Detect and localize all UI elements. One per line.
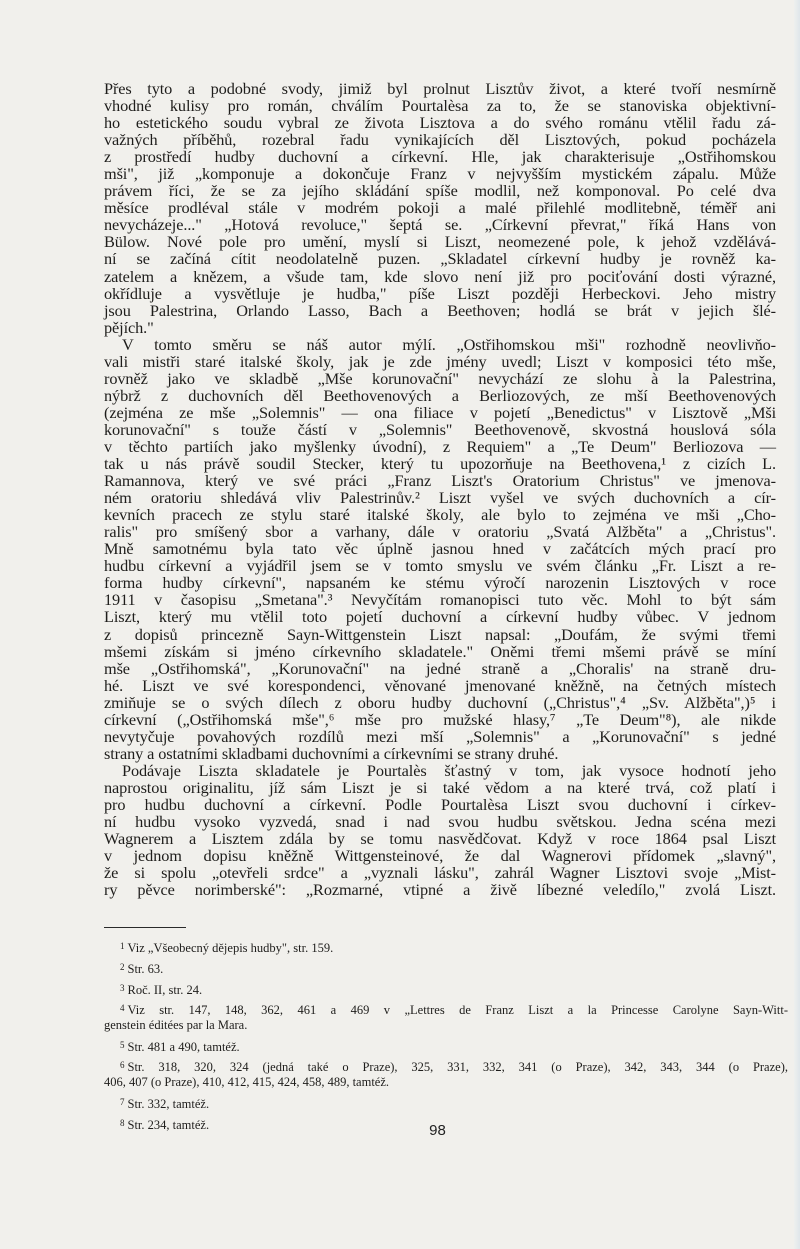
- text-line: v těchto partiích jako myšlenky úvodní),…: [104, 438, 776, 455]
- footnote-1: 1Viz „Všeobecný dějepis hudby", str. 159…: [104, 937, 788, 958]
- paragraph-start-line: Podávaje Liszta skladatele je Pourtalès …: [104, 762, 776, 779]
- footnote-6: 6Str. 318, 320, 324 (jedná také o Praze)…: [104, 1057, 788, 1074]
- footnote-text: Roč. II, str. 24.: [128, 983, 203, 997]
- text-line: Liszt, který mu vtělil toto pojetí ducho…: [104, 608, 776, 625]
- text-line: ry pěvce norimberské": „Rozmarné, vtipné…: [104, 881, 776, 898]
- text-line: ní se začíná cítit neodolatelně puzen. „…: [104, 250, 776, 267]
- page-number: 98: [0, 1122, 800, 1139]
- text-line: forma hudby církevní", napsaném ke stému…: [104, 574, 776, 591]
- text-line: važných příběhů, rozebral řadu vynikajíc…: [104, 131, 776, 148]
- text-line: vali mistři staré italské školy, jak je …: [104, 353, 776, 370]
- footnote-number: 6: [120, 1060, 125, 1070]
- text-line: že si spolu „otevřeli srdce" a „vyznali …: [104, 864, 776, 881]
- footnote-number: 3: [120, 983, 125, 993]
- text-line: jsou Palestrina, Orlando Lasso, Bach a B…: [104, 302, 776, 319]
- footnote-text: Viz str. 147, 148, 362, 461 a 469 v „Let…: [128, 1003, 789, 1017]
- text-line: ném oratoriu shledává vliv Palestrinův.²…: [104, 489, 776, 506]
- footnote-text: Viz „Všeobecný dějepis hudby", str. 159.: [128, 941, 334, 955]
- text-line: v jednom dopisu kněžně Wittgensteinové, …: [104, 847, 776, 864]
- text-line: rovněž jako ve skladbě „Mše korunovační"…: [104, 370, 776, 387]
- text-line: Mně samotnému byla tato věc úplně jasnou…: [104, 540, 776, 557]
- paragraph-end-line: pějích.": [104, 319, 776, 336]
- text-line: zatelem a knězem, a všude tam, kde slovo…: [104, 268, 776, 285]
- footnote-number: 7: [120, 1097, 125, 1107]
- text-line: 1911 v časopisu „Smetana".³ Nevyčítám ro…: [104, 591, 776, 608]
- footnote-3: 3Roč. II, str. 24.: [104, 979, 788, 1000]
- text-line: Wagnerem a Lisztem zdála by se tomu nasv…: [104, 830, 776, 847]
- footnote-text: Str. 332, tamtéž.: [128, 1097, 210, 1111]
- footnote-number: 4: [120, 1003, 125, 1013]
- text-line: hé. Liszt ve své korespondenci, věnované…: [104, 677, 776, 694]
- text-line: korunovační" s touže částí v „Solemnis" …: [104, 421, 776, 438]
- text-line: z dopisů princezně Sayn-Wittgenstein Lis…: [104, 626, 776, 643]
- text-line: vhodné kulisy pro román, chválím Pourtal…: [104, 97, 776, 114]
- footnote-separator: [104, 927, 186, 928]
- footnotes: 1Viz „Všeobecný dějepis hudby", str. 159…: [104, 937, 788, 1135]
- footnote-5: 5Str. 481 a 490, tamtéž.: [104, 1036, 788, 1057]
- text-line: nevytyčuje povahových rozdílů mezi mší „…: [104, 728, 776, 745]
- text-line: Přes tyto a podobné svody, jimiž byl pro…: [104, 80, 776, 97]
- footnote-2: 2Str. 63.: [104, 958, 788, 979]
- footnote-text: Str. 63.: [128, 962, 164, 976]
- text-line: církevní („Ostřihomská mše",⁶ mše pro mu…: [104, 711, 776, 728]
- paragraph-end-line: strany a ostatními skladbami duchovními …: [104, 745, 776, 762]
- text-line: naprostou originalitu, jíž sám Liszt je …: [104, 779, 776, 796]
- text-line: tak u nás právě soudil Stecker, který tu…: [104, 455, 776, 472]
- text-line: hudbu církevní a vyjádřil jsem se v tomt…: [104, 557, 776, 574]
- footnote-4: 4Viz str. 147, 148, 362, 461 a 469 v „Le…: [104, 1000, 788, 1017]
- footnote-number: 5: [120, 1040, 125, 1050]
- text-line: nýbrž z duchovních děl Beethovenových a …: [104, 387, 776, 404]
- text-line: Ramannova, který ve své práci „Franz Lis…: [104, 472, 776, 489]
- text-line: mše „Ostřihomská", „Korunovační" na jedn…: [104, 660, 776, 677]
- text-line: (zejména ze mše „Solemnis" — ona filiace…: [104, 404, 776, 421]
- body-text: Přes tyto a podobné svody, jimiž byl pro…: [104, 80, 776, 898]
- page-edge: [794, 0, 800, 1249]
- footnote-4-continued: genstein éditées par la Mara.: [104, 1017, 788, 1036]
- text-line: zmiňuje se o svých dílech z oboru hudby …: [104, 694, 776, 711]
- footnote-7: 7Str. 332, tamtéž.: [104, 1093, 788, 1114]
- text-line: okřídluje a vysvětluje je hudba," píše L…: [104, 285, 776, 302]
- text-line: pro hudbu duchovní a církevní. Podle Pou…: [104, 796, 776, 813]
- text-line: Bülow. Nové pole pro umění, myslí si Lis…: [104, 233, 776, 250]
- text-line: mšemi získám si jméno církevního skladat…: [104, 643, 776, 660]
- footnote-text: Str. 481 a 490, tamtéž.: [128, 1040, 240, 1054]
- text-line: mši", již „komponuje a dokončuje Franz v…: [104, 165, 776, 182]
- text-line: z prostředí hudby duchovní a církevní. H…: [104, 148, 776, 165]
- text-line: právem říci, že se za jejího skládání sp…: [104, 182, 776, 199]
- footnote-number: 2: [120, 962, 125, 972]
- text-line: ralis" pro smíšený sbor a varhany, dále …: [104, 523, 776, 540]
- footnote-number: 1: [120, 941, 125, 951]
- text-line: ho estetického soudu vybral ze života Li…: [104, 114, 776, 131]
- text-line: ní hudbu vysoko vyzvedá, snad i nad svou…: [104, 813, 776, 830]
- text-line: měsíce prodléval stále v modrém pokoji a…: [104, 199, 776, 216]
- text-line: nevycházeje..." „Hotová revoluce," šeptá…: [104, 216, 776, 233]
- text-line: kevních pracech ze stylu staré italské š…: [104, 506, 776, 523]
- footnote-text: Str. 318, 320, 324 (jedná také o Praze),…: [128, 1060, 789, 1074]
- footnote-6-continued: 406, 407 (o Praze), 410, 412, 415, 424, …: [104, 1074, 788, 1093]
- paragraph-start-line: V tomto směru se náš autor mýlí. „Ostřih…: [104, 336, 776, 353]
